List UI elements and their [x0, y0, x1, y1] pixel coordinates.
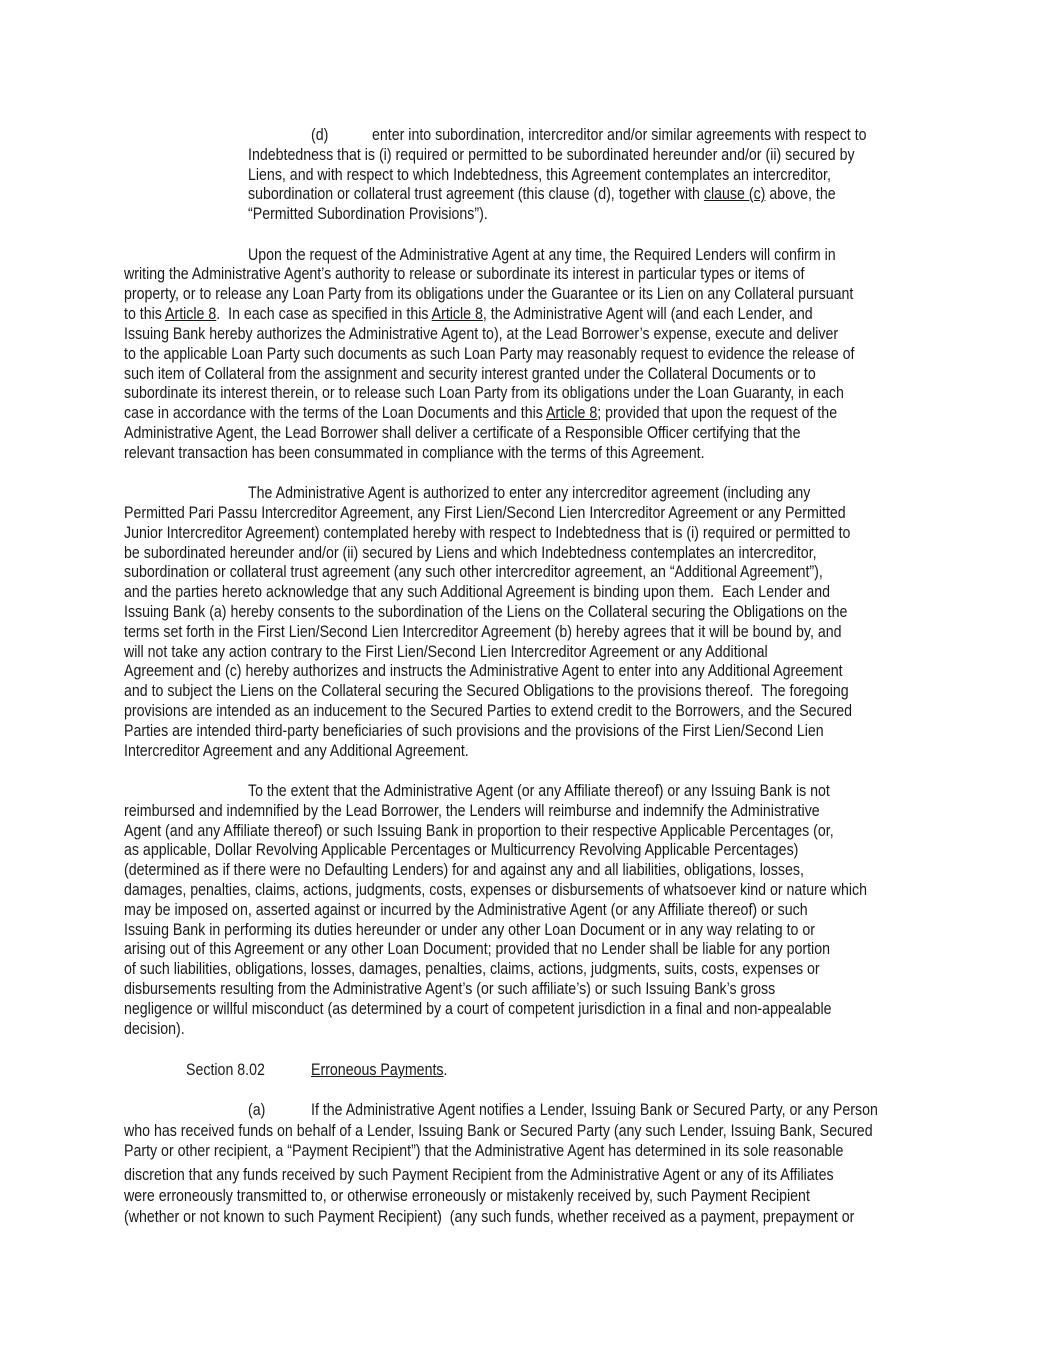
paragraph-line: and the parties hereto acknowledge that … — [124, 582, 830, 602]
paragraph-line: reimbursed and indemnified by the Lead B… — [124, 801, 820, 821]
paragraph-line: damages, penalties, claims, actions, jud… — [124, 880, 867, 900]
paragraph-line: writing the Administrative Agent’s autho… — [124, 264, 804, 284]
section-title-text: Erroneous Payments — [311, 1061, 444, 1079]
paragraph-line: as applicable, Dollar Revolving Applicab… — [124, 840, 798, 860]
section-title: Erroneous Payments. — [311, 1060, 447, 1080]
document-page: (d) enter into subordination, intercredi… — [0, 0, 1055, 1365]
paragraph-line: of such liabilities, obligations, losses… — [124, 959, 820, 979]
clause-a-line: If the Administrative Agent notifies a L… — [311, 1100, 878, 1120]
paragraph-line: property, or to release any Loan Party f… — [124, 284, 853, 304]
clause-a-line: (whether or not known to such Payment Re… — [124, 1207, 854, 1227]
article-8-link[interactable]: Article 8 — [546, 404, 597, 422]
paragraph-line: such item of Collateral from the assignm… — [124, 364, 816, 384]
paragraph-line: (determined as if there were no Defaulti… — [124, 860, 804, 880]
paragraph-line: The Administrative Agent is authorized t… — [248, 483, 810, 503]
paragraph-text: ; provided that upon the request of the — [597, 404, 837, 422]
paragraph-line: and to subject the Liens on the Collater… — [124, 681, 849, 701]
paragraph-text: , the Administrative Agent will (and eac… — [483, 305, 813, 323]
clause-d-line: subordination or collateral trust agreem… — [248, 184, 836, 204]
clause-d-text: above, the — [765, 185, 835, 203]
paragraph-text: In each case as specified in this — [228, 305, 432, 323]
clause-a-label: (a) — [248, 1100, 265, 1120]
clause-d-line: enter into subordination, intercreditor … — [372, 125, 867, 145]
clause-d-line: Indebtedness that is (i) required or per… — [248, 145, 855, 165]
paragraph-line: subordination or collateral trust agreem… — [124, 562, 823, 582]
paragraph-line: Permitted Pari Passu Intercreditor Agree… — [124, 503, 846, 523]
paragraph-line: provisions are intended as an inducement… — [124, 701, 852, 721]
clause-a-line: who has received funds on behalf of a Le… — [124, 1121, 873, 1141]
paragraph-line: relevant transaction has been consummate… — [124, 443, 705, 463]
paragraph-text: to this — [124, 305, 165, 323]
clause-d-line: Liens, and with respect to which Indebte… — [248, 165, 831, 185]
section-title-period: . — [444, 1061, 448, 1079]
clause-d-line: “Permitted Subordination Provisions”). — [248, 204, 488, 224]
section-number: Section 8.02 — [186, 1060, 265, 1080]
paragraph-line: Parties are intended third-party benefic… — [124, 721, 824, 741]
paragraph-line: disbursements resulting from the Adminis… — [124, 979, 775, 999]
clause-a-line: were erroneously transmitted to, or othe… — [124, 1186, 810, 1206]
paragraph-line: may be imposed on, asserted against or i… — [124, 900, 808, 920]
clause-a-line: Party or other recipient, a “Payment Rec… — [124, 1141, 843, 1161]
article-8-link[interactable]: Article 8 — [165, 305, 216, 323]
paragraph-line: case in accordance with the terms of the… — [124, 403, 837, 423]
paragraph-line: Issuing Bank (a) hereby consents to the … — [124, 602, 847, 622]
clause-d-label: (d) — [311, 125, 328, 145]
paragraph-line: arising out of this Agreement or any oth… — [124, 939, 830, 959]
paragraph-line: decision). — [124, 1019, 185, 1039]
paragraph-line: Junior Intercreditor Agreement) contempl… — [124, 523, 850, 543]
paragraph-line: Upon the request of the Administrative A… — [248, 245, 836, 265]
paragraph-line: be subordinated hereunder and/or (ii) se… — [124, 543, 817, 563]
paragraph-line: Issuing Bank hereby authorizes the Admin… — [124, 324, 838, 344]
paragraph-text: . — [216, 305, 228, 323]
article-8-link[interactable]: Article 8 — [432, 305, 483, 323]
paragraph-line: To the extent that the Administrative Ag… — [248, 781, 830, 801]
clause-d-text: subordination or collateral trust agreem… — [248, 185, 704, 203]
paragraph-line: Issuing Bank in performing its duties he… — [124, 920, 815, 940]
paragraph-line: to this Article 8. In each case as speci… — [124, 304, 813, 324]
paragraph-line: Administrative Agent, the Lead Borrower … — [124, 423, 800, 443]
paragraph-line: negligence or willful misconduct (as det… — [124, 999, 832, 1019]
paragraph-line: Agent (and any Affiliate thereof) or suc… — [124, 821, 834, 841]
paragraph-text: case in accordance with the terms of the… — [124, 404, 546, 422]
paragraph-line: Intercreditor Agreement and any Addition… — [124, 741, 469, 761]
clause-a-line: discretion that any funds received by su… — [124, 1165, 834, 1185]
clause-c-link[interactable]: clause (c) — [704, 185, 766, 203]
paragraph-line: subordinate its interest therein, or to … — [124, 383, 844, 403]
paragraph-line: to the applicable Loan Party such docume… — [124, 344, 854, 364]
paragraph-line: Agreement and (c) hereby authorizes and … — [124, 661, 843, 681]
paragraph-line: will not take any action contrary to the… — [124, 642, 768, 662]
paragraph-line: terms set forth in the First Lien/Second… — [124, 622, 842, 642]
